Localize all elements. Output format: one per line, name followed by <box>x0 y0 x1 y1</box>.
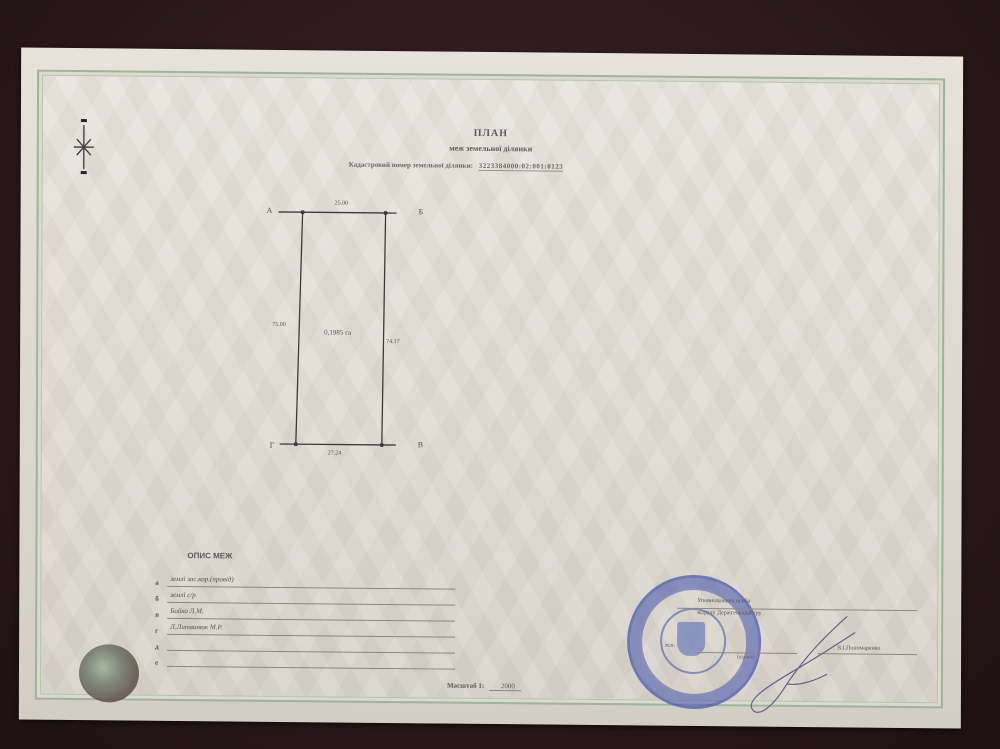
stamp-place-mark: м.п. <box>665 643 675 649</box>
coat-of-arms-icon <box>677 622 705 656</box>
scale-value: 2000 <box>489 682 521 691</box>
plot-area: 0,1985 га <box>324 328 351 336</box>
cadastral-plan-sheet: ПЛАН меж земельної ділянки Кадастровий н… <box>19 47 963 728</box>
boundary-row-v: вБойко Л.М. <box>155 603 455 622</box>
plot-drawing: А Б В Г 25.00 75.00 74.17 27.24 0,1985 г… <box>268 204 459 476</box>
signatory-position: Уповноважена особа <box>697 598 750 605</box>
decorative-frame: ПЛАН меж земельної ділянки Кадастровий н… <box>35 70 945 709</box>
scale-label: Масштаб 1: <box>447 682 484 690</box>
plot-outline <box>268 204 459 476</box>
side-right-length: 74.17 <box>386 339 400 345</box>
boundary-row-g: гЛ.Литвинюк М.Р. <box>155 619 455 638</box>
side-top-length: 25.00 <box>335 200 349 206</box>
side-left-length: 75.00 <box>272 322 286 328</box>
document-subtitle: меж земельної ділянки <box>39 140 943 158</box>
boundary-description-list: аземлі зас.кор.(провід) бземлі с/р вБойк… <box>155 571 455 670</box>
boundary-row-e: е <box>155 651 455 670</box>
side-bottom-length: 27.24 <box>328 450 342 456</box>
vertex-g: Г <box>270 441 275 450</box>
cadastral-number: 3223384000:02:001:0123 <box>479 162 564 172</box>
boundary-row-d: д <box>155 635 455 654</box>
cadastral-number-line: Кадастровий номер земельної ділянки: 322… <box>349 161 563 171</box>
boundary-description-title: ОПИС МЕЖ <box>187 551 232 560</box>
boundary-row-b: бземлі с/р <box>155 587 455 606</box>
vertex-v: В <box>418 440 423 449</box>
hologram-seal-icon <box>79 644 139 703</box>
handwritten-signature-icon <box>727 613 867 724</box>
scale-line: Масштаб 1: 2000 <box>447 682 521 691</box>
vertex-a: А <box>267 206 273 215</box>
vertex-b: Б <box>419 207 424 216</box>
cadastral-label: Кадастровий номер земельної ділянки <box>349 161 471 170</box>
boundary-row-a: аземлі зас.кор.(провід) <box>155 571 455 590</box>
